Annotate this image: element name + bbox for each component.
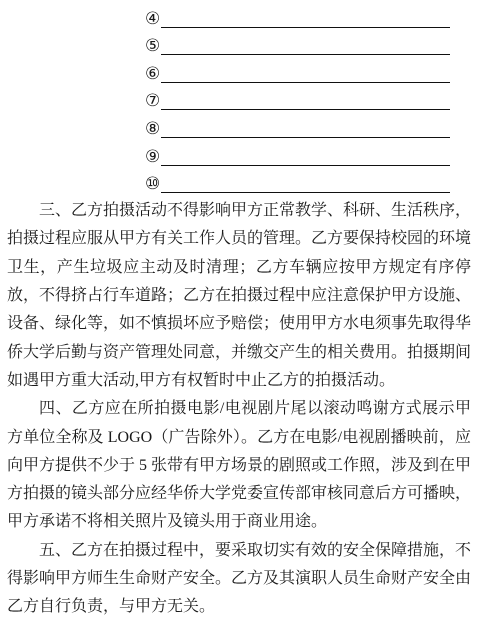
circled-number-4: ④ bbox=[145, 9, 161, 28]
clause-3-paragraph: 三、乙方拍摄活动不得影响甲方正常教学、科研、生活秩序，拍摄过程应服从甲方有关工作… bbox=[7, 197, 471, 395]
circled-number-8: ⑧ bbox=[145, 119, 161, 138]
fill-in-line-6 bbox=[161, 55, 450, 83]
blank-item-9: ⑨ bbox=[145, 138, 479, 166]
numbered-blank-list: ④ ⑤ ⑥ ⑦ ⑧ ⑨ ⑩ bbox=[0, 0, 479, 193]
circled-number-6: ⑥ bbox=[145, 64, 161, 83]
blank-item-5: ⑤ bbox=[145, 28, 479, 56]
blank-item-6: ⑥ bbox=[145, 55, 479, 83]
contract-document-page: ④ ⑤ ⑥ ⑦ ⑧ ⑨ ⑩ 三、乙方拍摄活动不得影响甲方正常教学、科研、生活秩 bbox=[0, 0, 479, 622]
fill-in-line-5 bbox=[161, 28, 450, 56]
fill-in-line-4 bbox=[161, 0, 450, 28]
blank-item-7: ⑦ bbox=[145, 83, 479, 111]
contract-clauses: 三、乙方拍摄活动不得影响甲方正常教学、科研、生活秩序，拍摄过程应服从甲方有关工作… bbox=[7, 197, 471, 621]
circled-number-7: ⑦ bbox=[145, 91, 161, 110]
fill-in-line-8 bbox=[161, 110, 450, 138]
fill-in-line-9 bbox=[161, 138, 450, 166]
circled-number-10: ⑩ bbox=[145, 174, 161, 193]
blank-item-10: ⑩ bbox=[145, 166, 479, 194]
fill-in-line-10 bbox=[161, 166, 450, 194]
blank-item-8: ⑧ bbox=[145, 110, 479, 138]
circled-number-9: ⑨ bbox=[145, 147, 161, 166]
fill-in-line-7 bbox=[161, 83, 450, 111]
blank-item-4: ④ bbox=[145, 0, 479, 28]
clause-4-paragraph: 四、乙方应在所拍摄电影/电视剧片尾以滚动鸣谢方式展示甲方单位全称及 LOGO（广… bbox=[7, 395, 471, 536]
circled-number-5: ⑤ bbox=[145, 36, 161, 55]
clause-5-paragraph: 五、乙方在拍摄过程中，要采取切实有效的安全保障措施，不得影响甲方师生生命财产安全… bbox=[7, 537, 471, 622]
